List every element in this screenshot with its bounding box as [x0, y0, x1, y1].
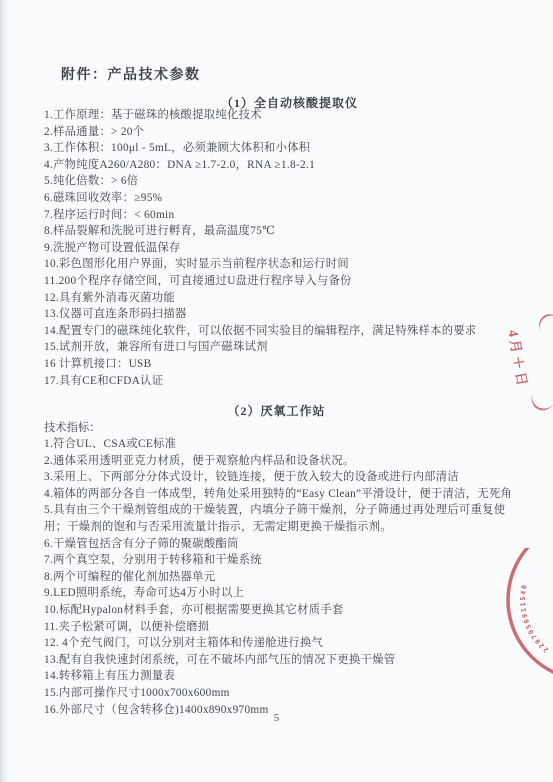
section2-spec-item: 4.箱体的两部分各自一体成型，转角处采用独特的“Easy Clean”平滑设计，…: [44, 486, 527, 503]
section1-spec-item: 6.磁珠回收效率：≥95%: [44, 190, 519, 207]
section2-spec-item: 6.干燥管包括含有分子筛的聚碳酸酯筒: [44, 536, 527, 553]
section1-spec-item: 7.程序运行时间：< 60min: [44, 207, 519, 224]
section2-items: 1.符合UL、CSA或CE标准2.通体采用透明亚克力材质，便于观察舱内样品和设备…: [44, 436, 527, 718]
section1-spec-item: 11.200个程序存储空间，可直接通过U盘进行程序导入与备份: [44, 273, 519, 290]
section1-spec-item: 8.样品裂解和洗脱可进行孵育，最高温度75℃: [44, 223, 519, 240]
section2-spec-item: 10.标配Hypalon材料手套，亦可根据需要更换其它材质手套: [44, 602, 527, 619]
section1-spec-item: 14.配置专门的磁珠纯化软件，可以依据不同实验目的编辑程序，满足特殊样本的要求: [44, 323, 519, 340]
section2-spec-item: 15.内部可操作尺寸1000x700x600mm: [44, 685, 527, 702]
section2-subtitle: 技术指标：: [44, 419, 101, 435]
section2-spec-item: 11.夹子松紧可调，以便补偿磨损: [44, 619, 527, 636]
section2-spec-item: 1.符合UL、CSA或CE标准: [44, 436, 527, 453]
stamp-serial-number: 2207050911540: [519, 583, 550, 654]
svg-text:2207050911540: 2207050911540: [519, 583, 550, 654]
page-number: 5: [0, 713, 553, 724]
section1-spec-item: 12.具有紫外消毒灭菌功能: [44, 290, 519, 307]
section1-spec-item: 5.纯化倍数：> 6倍: [44, 173, 519, 190]
section2-spec-item: 12. 4个充气阀门，可以分别对主箱体和传递舱进行换气: [44, 635, 527, 652]
section2-spec-item: 2.通体采用透明亚克力材质，便于观察舱内样品和设备状况。: [44, 453, 527, 470]
scanned-document-page: { "doc": { "title": "附件：产品技术参数", "page_n…: [0, 0, 553, 782]
section1-spec-item: 4.产物纯度A260/A280：DNA ≥1.7-2.0，RNA ≥1.8-2.…: [44, 157, 519, 174]
section1-spec-item: 17.具有CE和CFDA认证: [44, 373, 519, 390]
section1-spec-item: 13.仪器可直连条形码扫描器: [44, 306, 519, 323]
section1-spec-item: 16 计算机接口：USB: [44, 356, 519, 373]
section2-spec-item: 13.配有自我快速封闭系统，可在不破坏内部气压的情况下更换干燥管: [44, 652, 527, 669]
section1-spec-item: 9.洗脱产物可设置低温保存: [44, 240, 519, 257]
attachment-title: 附件：产品技术参数: [61, 64, 201, 84]
section1-spec-item: 2.样品通量：> 20个: [44, 124, 519, 141]
section2-spec-item: 3.采用上、下两部分分体式设计，铰链连接，便于放入较大的设备或进行内部清洁: [44, 469, 527, 486]
section1-spec-item: 1.工作原理：基于磁珠的核酸提取纯化技术: [44, 107, 519, 124]
section2-spec-item: 7.两个真空泵，分别用于转移箱和干燥系统: [44, 552, 527, 569]
section2-spec-item: 8.两个可编程的催化剂加热器单元: [44, 569, 527, 586]
section1-spec-item: 10.彩色图形化用户界面，实时显示当前程序状态和运行时间: [44, 256, 519, 273]
handwritten-note-stroke-top: [535, 310, 553, 332]
section2-spec-item: 14.转移箱上有压力测量表: [44, 668, 527, 685]
red-stamp-arc: 2207050911540: [500, 548, 553, 678]
section1-items: 1.工作原理：基于磁珠的核酸提取纯化技术2.样品通量：> 20个3.工作体积：1…: [44, 107, 519, 389]
section1-spec-item: 3.工作体积：100μl - 5mL，必须兼顾大体积和小体积: [44, 140, 519, 157]
section2-spec-item: 9.LED照明系统，寿命可达4万小时以上: [44, 585, 527, 602]
section2-spec-item: 5.具有由三个干燥剂管组成的干燥装置，内填分子筛干燥剂，分子筛通过再处理后可重复…: [44, 502, 527, 535]
section2-title: （2）厌氧工作站: [0, 402, 553, 419]
section1-spec-item: 15.试剂开放，兼容所有进口与国产磁珠试剂: [44, 339, 519, 356]
scan-edge-shadow: [0, 0, 9, 782]
